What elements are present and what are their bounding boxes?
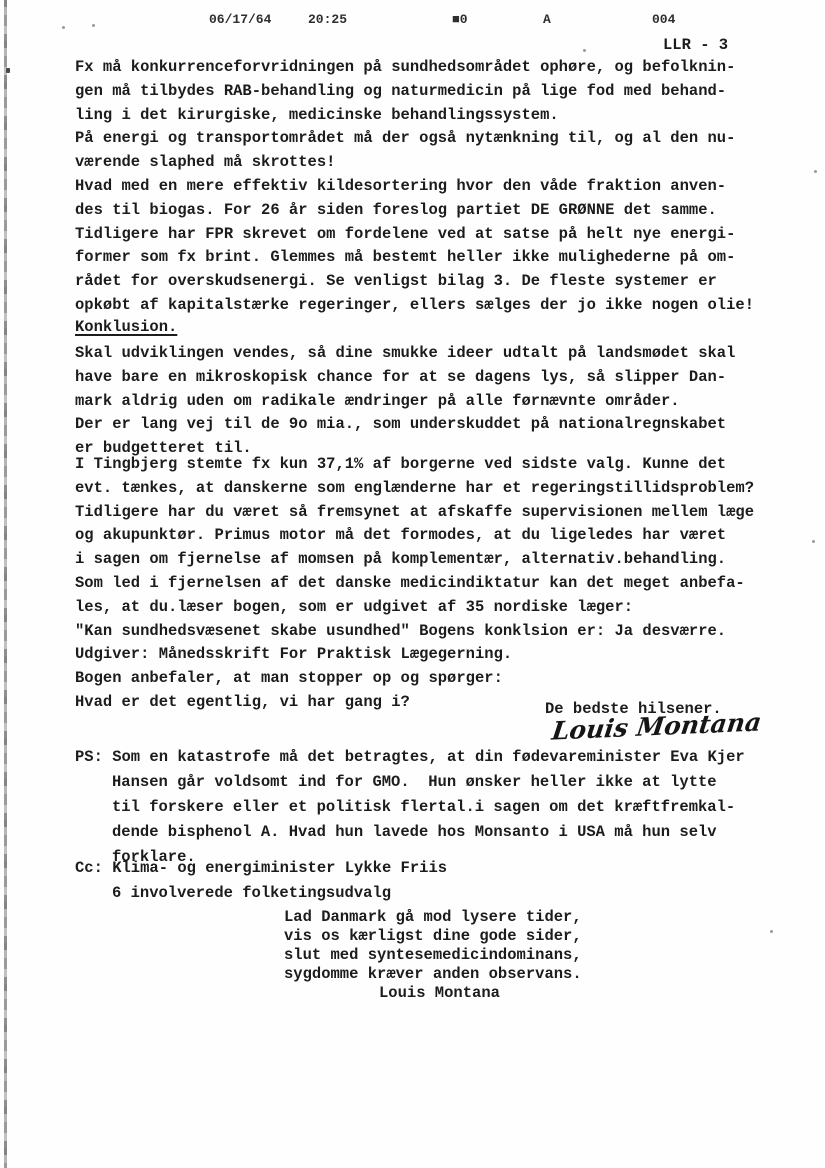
text-line: til forskere eller et politisk flertal.i… xyxy=(75,795,745,820)
text-line: have bare en mikroskopisk chance for at … xyxy=(75,366,735,390)
text-line: des til biogas. For 26 år siden foreslog… xyxy=(75,199,754,223)
text-line: Fx må konkurrenceforvridningen på sundhe… xyxy=(75,56,754,80)
text-line: og akupunktør. Primus motor må det formo… xyxy=(75,524,754,548)
text-line: slut med syntesemedicindominans, xyxy=(284,946,582,965)
paragraph-konklusion: Skal udviklingen vendes, så dine smukke … xyxy=(75,342,735,461)
text-line: Hansen går voldsomt ind for GMO. Hun øns… xyxy=(75,770,745,795)
paragraph-intro: Fx må konkurrenceforvridningen på sundhe… xyxy=(75,56,754,318)
text-line: Som led i fjernelsen af det danske medic… xyxy=(75,572,754,596)
text-line: sygdomme kræver anden observans. xyxy=(284,965,582,984)
text-line: Hvad med en mere effektiv kildesortering… xyxy=(75,175,754,199)
page-reference: LLR - 3 xyxy=(663,36,728,54)
scan-speckle xyxy=(814,170,817,173)
scan-speckle xyxy=(583,49,586,52)
text-line: former som fx brint. Glemmes må bestemt … xyxy=(75,246,754,270)
fax-page-number: 004 xyxy=(652,12,675,27)
paragraph-main: I Tingbjerg stemte fx kun 37,1% af borge… xyxy=(75,453,754,715)
text-line: 6 involverede folketingsudvalg xyxy=(75,881,447,906)
text-line: vis os kærligst dine gode sider, xyxy=(284,927,582,946)
text-line: værende slaphed må skrottes! xyxy=(75,151,754,175)
scan-speckle xyxy=(62,26,65,29)
text-line: I Tingbjerg stemte fx kun 37,1% af borge… xyxy=(75,453,754,477)
fax-station-id: A xyxy=(543,12,551,27)
text-line: Tidligere har du været så fremsynet at a… xyxy=(75,501,754,525)
text-line: Lad Danmark gå mod lysere tider, xyxy=(284,908,582,927)
text-line: Skal udviklingen vendes, så dine smukke … xyxy=(75,342,735,366)
text-line: ling i det kirurgiske, medicinske behand… xyxy=(75,104,754,128)
text-line: "Kan sundhedsvæsenet skabe usundhed" Bog… xyxy=(75,620,754,644)
fax-status-symbol: ■0 xyxy=(452,12,468,27)
text-line: Udgiver: Månedsskrift For Praktisk Lægeg… xyxy=(75,643,754,667)
scan-speckle xyxy=(92,24,95,27)
text-line: evt. tænkes, at danskerne som englændern… xyxy=(75,477,754,501)
text-line: opkøbt af kapitalstærke regeringer, elle… xyxy=(75,294,754,318)
text-line: rådet for overskudsenergi. Se venligst b… xyxy=(75,270,754,294)
scan-edge-artifact xyxy=(4,0,7,1168)
scan-speckle xyxy=(6,68,10,73)
scan-speckle xyxy=(770,930,773,933)
poem-signature: Louis Montana xyxy=(379,984,500,1002)
cc-list: Cc: Klima- og energiminister Lykke Friis… xyxy=(75,856,447,906)
text-line: gen må tilbydes RAB-behandling og naturm… xyxy=(75,80,754,104)
text-line: Cc: Klima- og energiminister Lykke Friis xyxy=(75,856,447,881)
text-line: i sagen om fjernelse af momsen på komple… xyxy=(75,548,754,572)
text-line: mark aldrig uden om radikale ændringer p… xyxy=(75,390,735,414)
scan-speckle xyxy=(812,540,815,543)
ps-note: PS: Som en katastrofe må det betragtes, … xyxy=(75,745,745,870)
scanned-fax-page: 06/17/64 20:25 ■0 A 004 LLR - 3 Fx må ko… xyxy=(0,0,825,1168)
section-heading-konklusion: Konklusion. xyxy=(75,318,177,336)
poem: Lad Danmark gå mod lysere tider,vis os k… xyxy=(284,908,582,984)
fax-time: 20:25 xyxy=(308,12,347,27)
text-line: Bogen anbefaler, at man stopper op og sp… xyxy=(75,667,754,691)
text-line: På energi og transportområdet må der ogs… xyxy=(75,127,754,151)
text-line: dende bisphenol A. Hvad hun lavede hos M… xyxy=(75,820,745,845)
text-line: les, at du.læser bogen, som er udgivet a… xyxy=(75,596,754,620)
text-line: PS: Som en katastrofe må det betragtes, … xyxy=(75,745,745,770)
fax-date: 06/17/64 xyxy=(209,12,271,27)
text-line: Tidligere har FPR skrevet om fordelene v… xyxy=(75,223,754,247)
text-line: Der er lang vej til de 9o mia., som unde… xyxy=(75,413,735,437)
